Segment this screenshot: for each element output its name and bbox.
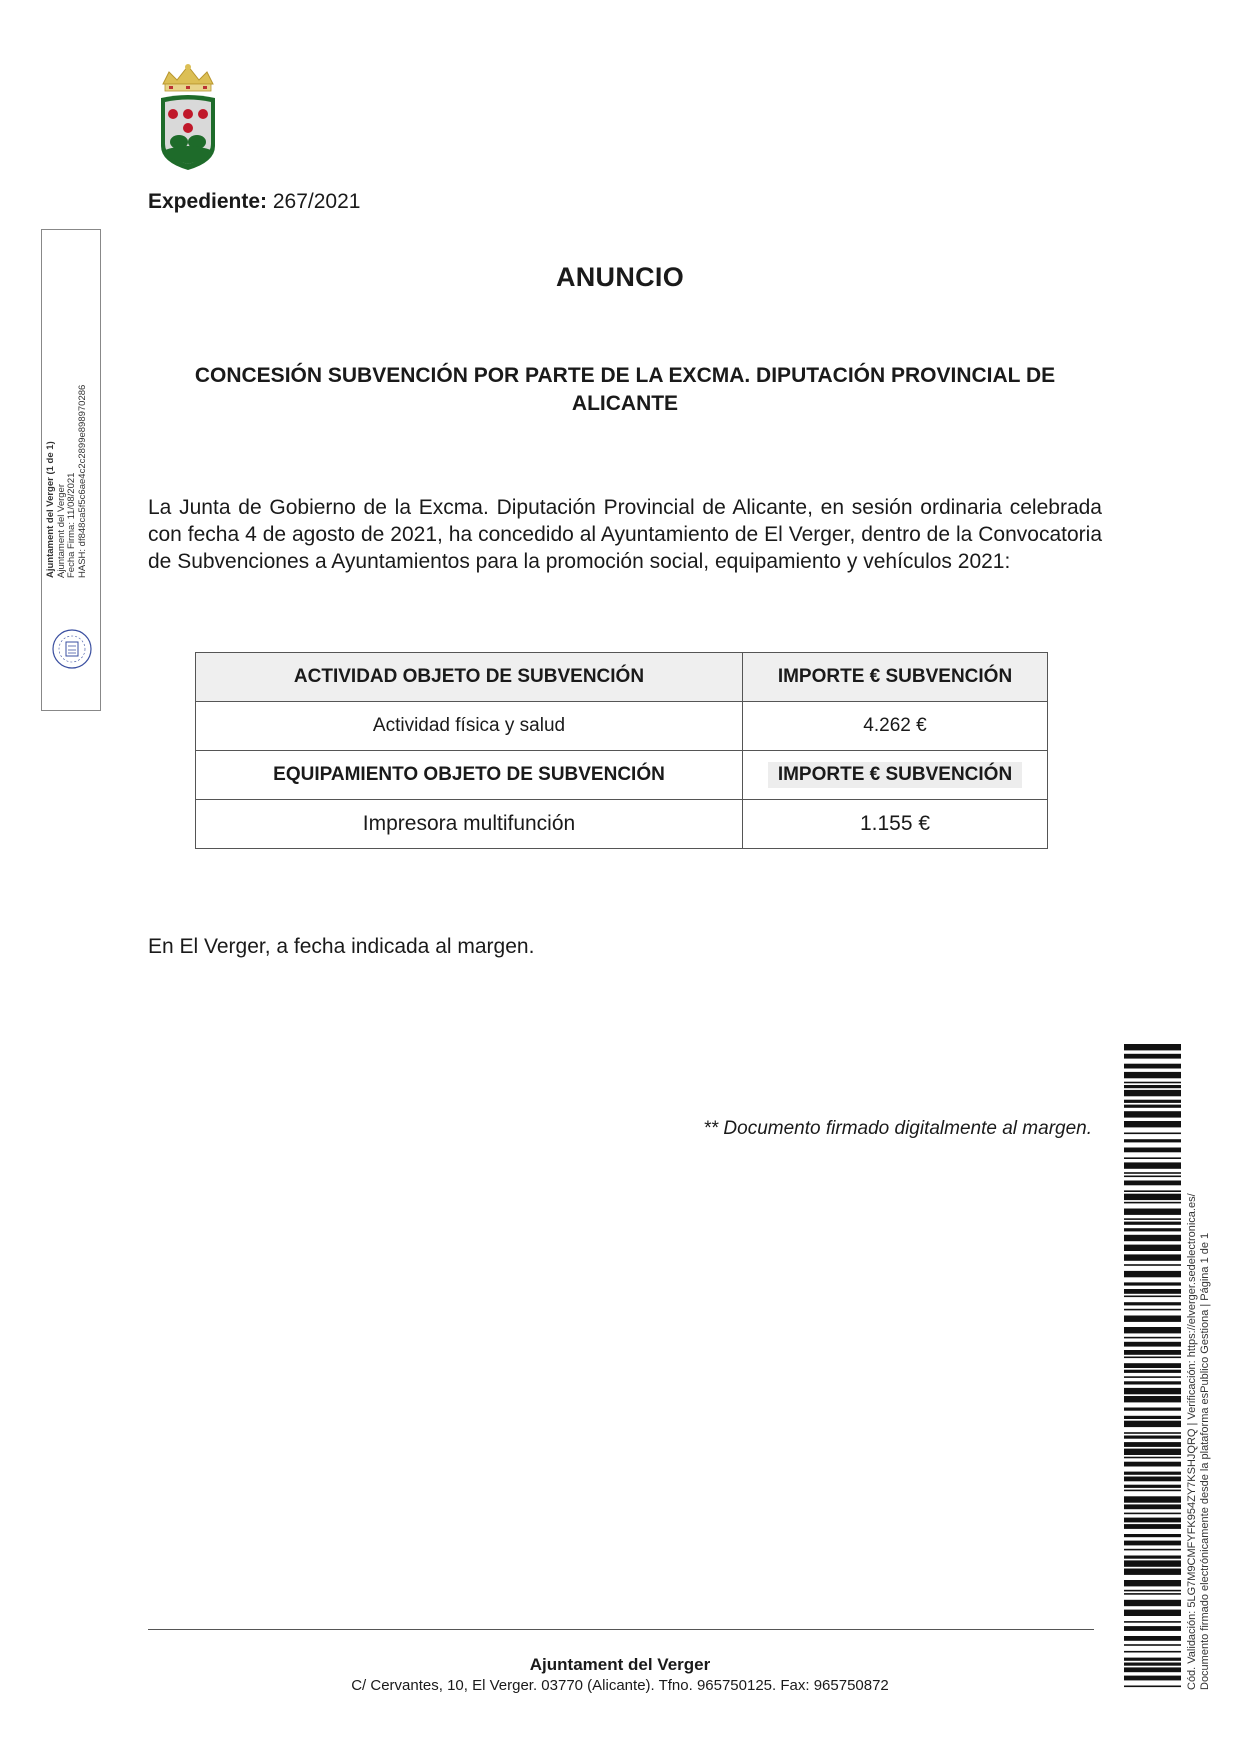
body-paragraph: La Junta de Gobierno de la Excma. Diputa…	[148, 494, 1102, 575]
signature-hash: HASH: df848ca5f5c6ae4c2c2899e898970286	[78, 238, 89, 578]
table-row: Impresora multifunción 1.155 €	[196, 800, 1048, 849]
barcode	[1124, 1044, 1181, 1690]
table-cell: 4.262 €	[743, 702, 1048, 751]
signature-details: Ajuntament del Verger (1 de 1) Ajuntamen…	[46, 238, 88, 578]
table-cell: EQUIPAMIENTO OBJETO DE SUBVENCIÓN	[196, 751, 743, 800]
table-row: Actividad física y salud 4.262 €	[196, 702, 1048, 751]
expediente-label: Expediente:	[148, 190, 267, 213]
coat-of-arms-logo	[155, 62, 221, 172]
table-cell: 1.155 €	[743, 800, 1048, 849]
closing-line: En El Verger, a fecha indicada al margen…	[148, 935, 534, 959]
coat-of-arms-icon	[155, 62, 221, 172]
table-header-row: ACTIVIDAD OBJETO DE SUBVENCIÓN IMPORTE €…	[196, 653, 1048, 702]
table-cell: IMPORTE € SUBVENCIÓN	[743, 653, 1048, 702]
footer-address: C/ Cervantes, 10, El Verger. 03770 (Alic…	[0, 1677, 1240, 1694]
expediente-value: 267/2021	[273, 190, 361, 213]
highlighted-header: IMPORTE € SUBVENCIÓN	[768, 762, 1022, 788]
document-title: ANUNCIO	[0, 262, 1240, 293]
document-subtitle: CONCESIÓN SUBVENCIÓN POR PARTE DE LA EXC…	[148, 362, 1102, 418]
footer-organization: Ajuntament del Verger	[0, 1655, 1240, 1675]
signature-signer: Ajuntament del Verger (1 de 1)	[46, 238, 57, 578]
table-cell: Impresora multifunción	[196, 800, 743, 849]
table-header-row: EQUIPAMIENTO OBJETO DE SUBVENCIÓN IMPORT…	[196, 751, 1048, 800]
table-cell: IMPORTE € SUBVENCIÓN	[743, 751, 1048, 800]
validation-text: Cód. Validación: 5LG7M9CMFYFK954ZY7KSHJQ…	[1186, 1030, 1211, 1690]
table-cell: ACTIVIDAD OBJETO DE SUBVENCIÓN	[196, 653, 743, 702]
seal-icon	[51, 628, 93, 670]
footer-divider	[148, 1629, 1094, 1630]
signed-note: ** Documento firmado digitalmente al mar…	[703, 1118, 1092, 1140]
signature-box: Ajuntament del Verger (1 de 1) Ajuntamen…	[41, 229, 101, 711]
grant-table: ACTIVIDAD OBJETO DE SUBVENCIÓN IMPORTE €…	[195, 652, 1048, 849]
validation-code: Cód. Validación: 5LG7M9CMFYFK954ZY7KSHJQ…	[1186, 1030, 1199, 1690]
validation-platform: Documento firmado electrónicamente desde…	[1199, 1030, 1212, 1690]
expediente: Expediente: 267/2021	[148, 190, 360, 214]
table-cell: Actividad física y salud	[196, 702, 743, 751]
signature-date: Fecha Firma: 11/08/2021	[67, 238, 78, 578]
